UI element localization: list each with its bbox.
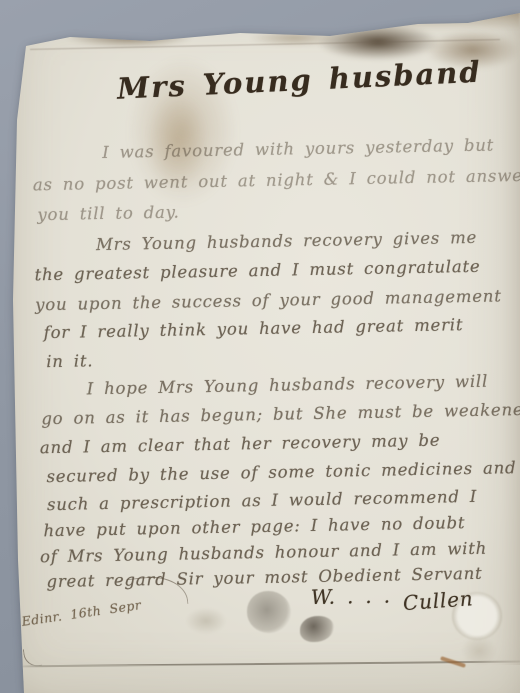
manuscript-line: I was favoured with yours yesterday but <box>102 135 494 162</box>
manuscript-line: have put upon other page: I have no doub… <box>43 513 465 540</box>
signature-surname: Cullen <box>402 586 474 615</box>
signature-initial: W. . . . <box>311 584 391 610</box>
manuscript-line: great regard Sir your most Obedient Serv… <box>46 564 482 591</box>
manuscript-line: go on as it has begun; but She must be w… <box>41 400 520 428</box>
manuscript-line: and I am clear that her recovery may be <box>40 431 441 458</box>
manuscript-line: of Mrs Young husbands honour and I am wi… <box>40 539 487 567</box>
letter-paper: Mrs Young husband I was favoured with yo… <box>0 0 520 693</box>
manuscript-line: you upon the success of your good manage… <box>35 286 502 314</box>
manuscript-text-layer: Mrs Young husband I was favoured with yo… <box>0 0 520 693</box>
archival-docket: Edinr. 16th Sepr <box>21 597 143 629</box>
manuscript-line: the greatest pleasure and I must congrat… <box>34 257 480 285</box>
manuscript-line: for I really think you have had great me… <box>44 315 464 342</box>
manuscript-heading: Mrs Young husband <box>116 55 482 106</box>
photo-background: Mrs Young husband I was favoured with yo… <box>0 0 520 693</box>
manuscript-line: such a prescription as I would recommend… <box>47 487 477 514</box>
manuscript-line: you till to day. <box>37 203 180 225</box>
manuscript-line: secured by the use of some tonic medicin… <box>46 458 516 486</box>
manuscript-line: as no post went out at night & I could n… <box>33 166 520 195</box>
manuscript-line: in it. <box>46 351 93 371</box>
manuscript-line: Mrs Young husbands recovery gives me <box>96 228 477 254</box>
letter-paper-shadow: Mrs Young husband I was favoured with yo… <box>0 0 520 693</box>
manuscript-line: I hope Mrs Young husbands recovery will <box>87 372 489 399</box>
